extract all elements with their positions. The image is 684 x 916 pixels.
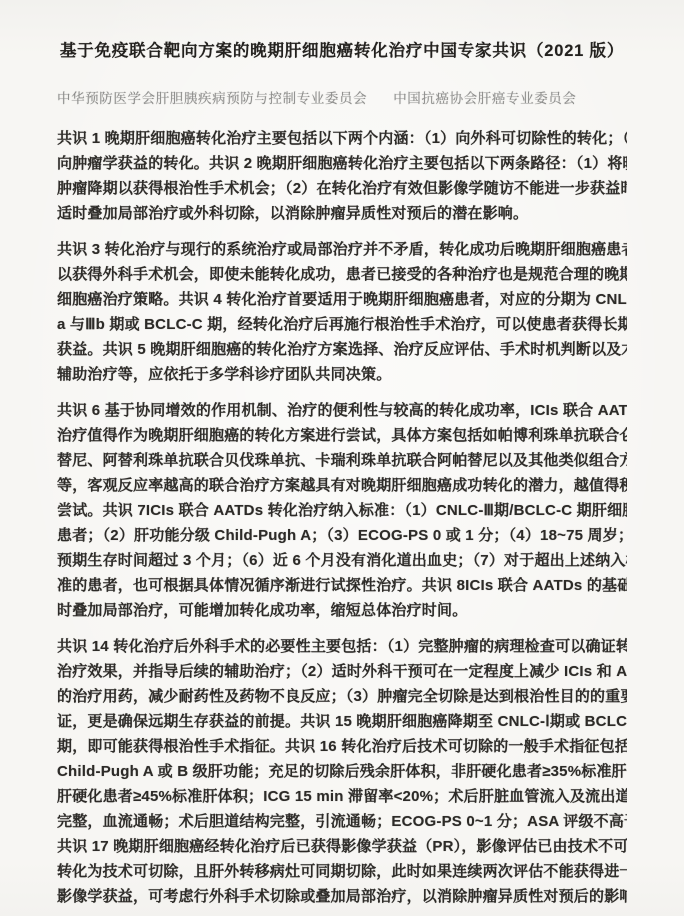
text-line: 的治疗用药，减少耐药性及药物不良反应；（3）肿瘤完全切除是达到根治性目的的重要保 xyxy=(57,684,627,709)
text-line: 共识 1 晚期肝细胞癌转化治疗主要包括以下两个内涵：（1）向外科可切除性的转化；… xyxy=(57,126,627,151)
text-line: 完整，血流通畅；术后胆道结构完整，引流通畅；ECOG-PS 0~1 分；ASA … xyxy=(57,809,627,834)
text-line: 证，更是确保远期生存获益的前提。共识 15 晚期肝细胞癌降期至 CNLC-Ⅰ期或… xyxy=(57,709,627,734)
text-line: 共识 14 转化治疗后外科手术的必要性主要包括：（1）完整肿瘤的病理检查可以确证… xyxy=(57,634,627,659)
consensus-paragraph: 共识 14 转化治疗后外科手术的必要性主要包括：（1）完整肿瘤的病理检查可以确证… xyxy=(57,634,627,909)
text-line: 影像学获益，可考虑行外科手术切除或叠加局部治疗，以消除肿瘤异质性对预后的影响。 xyxy=(57,884,627,909)
text-line: 时叠加局部治疗，可能增加转化成功率，缩短总体治疗时间。 xyxy=(57,598,627,623)
consensus-paragraph: 共识 6 基于协同增效的作用机制、治疗的便利性与较高的转化成功率，ICIs 联合… xyxy=(57,398,627,623)
author-org-1: 中华预防医学会肝胆胰疾病预防与控制专业委员会 xyxy=(57,91,367,106)
text-line: 获益。共识 5 晚期肝细胞癌的转化治疗方案选择、治疗反应评估、手术时机判断以及术… xyxy=(57,337,627,362)
text-line: 向肿瘤学获益的转化。共识 2 晚期肝细胞癌转化治疗主要包括以下两条路径：（1）将… xyxy=(57,151,627,176)
text-line: 共识 3 转化治疗与现行的系统治疗或局部治疗并不矛盾，转化成功后晚期肝细胞癌患者… xyxy=(57,237,627,262)
text-line: a 与Ⅲb 期或 BCLC-C 期，经转化治疗后再施行根治性手术治疗，可以使患者… xyxy=(57,312,627,337)
text-line: 肿瘤降期以获得根治性手术机会；（2）在转化治疗有效但影像学随访不能进一步获益时， xyxy=(57,176,627,201)
text-line: 替尼、阿替利珠单抗联合贝伐珠单抗、卡瑞利珠单抗联合阿帕替尼以及其他类似组合方案 xyxy=(57,448,627,473)
text-line: 肝硬化患者≥45%标准肝体积；ICG 15 min 滞留率<20%；术后肝脏血管… xyxy=(57,784,627,809)
consensus-paragraph: 共识 1 晚期肝细胞癌转化治疗主要包括以下两个内涵：（1）向外科可切除性的转化；… xyxy=(57,126,627,226)
document-authors: 中华预防医学会肝胆胰疾病预防与控制专业委员会中国抗癌协会肝癌专业委员会 xyxy=(57,89,627,109)
consensus-paragraph: 共识 3 转化治疗与现行的系统治疗或局部治疗并不矛盾，转化成功后晚期肝细胞癌患者… xyxy=(57,237,627,387)
text-line: 准的患者，也可根据具体情况循序渐进行试探性治疗。共识 8ICIs 联合 AATD… xyxy=(57,573,627,598)
document-page: 基于免疫联合靶向方案的晚期肝细胞癌转化治疗中国专家共识（2021 版） 中华预防… xyxy=(0,0,684,916)
text-line: 尝试。共识 7ICIs 联合 AATDs 转化治疗纳入标准：（1）CNLC-Ⅲ期… xyxy=(57,498,627,523)
text-line: 治疗效果，并指导后续的辅助治疗；（2）适时外科干预可在一定程度上减少 ICIs … xyxy=(57,659,627,684)
text-line: 等，客观反应率越高的联合治疗方案越具有对晚期肝细胞癌成功转化的潜力，越值得积极 xyxy=(57,473,627,498)
text-line: 预期生存时间超过 3 个月；（6）近 6 个月没有消化道出血史；（7）对于超出上… xyxy=(57,548,627,573)
text-line: 细胞癌治疗策略。共识 4 转化治疗首要适用于晚期肝细胞癌患者，对应的分期为 CN… xyxy=(57,287,627,312)
text-line: 转化为技术可切除，且肝外转移病灶可同期切除，此时如果连续两次评估不能获得进一步 xyxy=(57,859,627,884)
text-line: 以获得外科手术机会，即使未能转化成功，患者已接受的各种治疗也是规范合理的晚期肝 xyxy=(57,262,627,287)
text-line: 患者；（2）肝功能分级 Child-Pugh A；（3）ECOG-PS 0 或 … xyxy=(57,523,627,548)
text-line: Child-Pugh A 或 B 级肝功能；充足的切除后残余肝体积，非肝硬化患者… xyxy=(57,759,627,784)
text-line: 治疗值得作为晚期肝细胞癌的转化方案进行尝试，具体方案包括如帕博利珠单抗联合仑伐 xyxy=(57,423,627,448)
text-line: 共识 6 基于协同增效的作用机制、治疗的便利性与较高的转化成功率，ICIs 联合… xyxy=(57,398,627,423)
text-line: 适时叠加局部治疗或外科切除，以消除肿瘤异质性对预后的潜在影响。 xyxy=(57,201,627,226)
text-line: 辅助治疗等，应依托于多学科诊疗团队共同决策。 xyxy=(57,362,627,387)
text-line: 共识 17 晚期肝细胞癌经转化治疗后已获得影像学获益（PR），影像评估已由技术不… xyxy=(57,834,627,859)
document-title: 基于免疫联合靶向方案的晚期肝细胞癌转化治疗中国专家共识（2021 版） xyxy=(57,0,627,63)
document-body: 共识 1 晚期肝细胞癌转化治疗主要包括以下两个内涵：（1）向外科可切除性的转化；… xyxy=(57,126,627,909)
text-line: 期，即可能获得根治性手术指征。共识 16 转化治疗后技术可切除的一般手术指征包括… xyxy=(57,734,627,759)
author-org-2: 中国抗癌协会肝癌专业委员会 xyxy=(393,91,576,106)
